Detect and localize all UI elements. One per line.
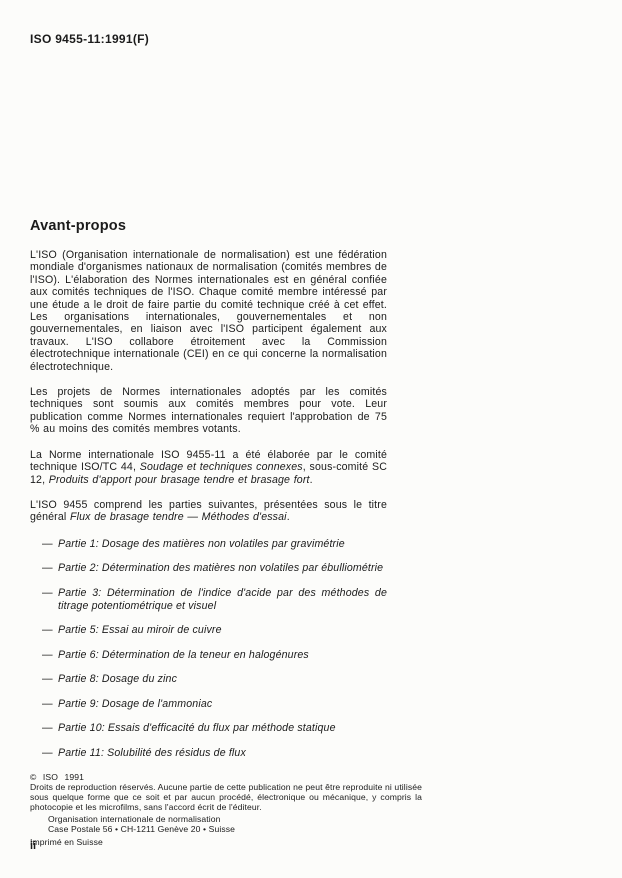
list-item: — Partie 8: Dosage du zinc [42,673,387,686]
publisher-location: Case Postale 56 • CH-1211 Genève 20 • Su… [48,825,422,835]
paragraph-text: . [310,474,313,486]
part-label: Partie 8: Dosage du zinc [58,673,387,686]
document-reference: ISO 9455-11:1991(F) [30,32,622,46]
list-dash: — [42,587,58,612]
list-item: — Partie 3: Détermination de l'indice d'… [42,587,387,612]
series-title: Flux de brasage tendre — Méthodes d'essa… [70,511,287,523]
paragraph-draft-standards: Les projets de Normes internationales ad… [30,386,387,436]
list-dash: — [42,722,58,735]
rights-statement: Droits de reproduction réservés. Aucune … [30,783,422,812]
list-dash: — [42,673,58,686]
list-item: — Partie 6: Détermination de la teneur e… [42,649,387,662]
page-number: ii [30,840,36,852]
paragraph-standard-origin: La Norme internationale ISO 9455-11 a ét… [30,449,387,486]
committee-title: Soudage et techniques connexes [140,461,303,473]
list-item: — Partie 11: Solubilité des résidus de f… [42,747,387,760]
paragraph-parts-intro: L'ISO 9455 comprend les parties suivante… [30,499,387,524]
list-item: — Partie 1: Dosage des matières non vola… [42,538,387,551]
part-label: Partie 1: Dosage des matières non volati… [58,538,387,551]
publisher-address: Organisation internationale de normalisa… [30,815,422,835]
part-label: Partie 5: Essai au miroir de cuivre [58,624,387,637]
part-label: Partie 9: Dosage de l'ammoniac [58,698,387,711]
list-dash: — [42,538,58,551]
printed-in-notice: Imprimé en Suisse [30,838,422,848]
list-dash: — [42,649,58,662]
list-dash: — [42,747,58,760]
section-title: Avant-propos [30,218,387,234]
paragraph-text: . [287,511,290,523]
copyright-notice: © ISO 1991 [30,773,422,783]
list-item: — Partie 2: Détermination des matières n… [42,562,387,575]
part-label: Partie 3: Détermination de l'indice d'ac… [58,587,387,612]
part-label: Partie 11: Solubilité des résidus de flu… [58,747,387,760]
paragraph-iso-description: L'ISO (Organisation internationale de no… [30,249,387,373]
part-label: Partie 10: Essais d'efficacité du flux p… [58,722,387,735]
foreword-section: Avant-propos L'ISO (Organisation interna… [30,218,387,760]
list-dash: — [42,562,58,575]
part-label: Partie 6: Détermination de la teneur en … [58,649,387,662]
parts-list: — Partie 1: Dosage des matières non vola… [42,538,387,760]
copyright-block: © ISO 1991 Droits de reproduction réserv… [30,773,422,849]
list-item: — Partie 5: Essai au miroir de cuivre [42,624,387,637]
list-item: — Partie 10: Essais d'efficacité du flux… [42,722,387,735]
subcommittee-title: Produits d'apport pour brasage tendre et… [49,474,310,486]
part-label: Partie 2: Détermination des matières non… [58,562,387,575]
document-page: ISO 9455-11:1991(F) Avant-propos L'ISO (… [0,0,622,878]
list-dash: — [42,698,58,711]
list-dash: — [42,624,58,637]
list-item: — Partie 9: Dosage de l'ammoniac [42,698,387,711]
